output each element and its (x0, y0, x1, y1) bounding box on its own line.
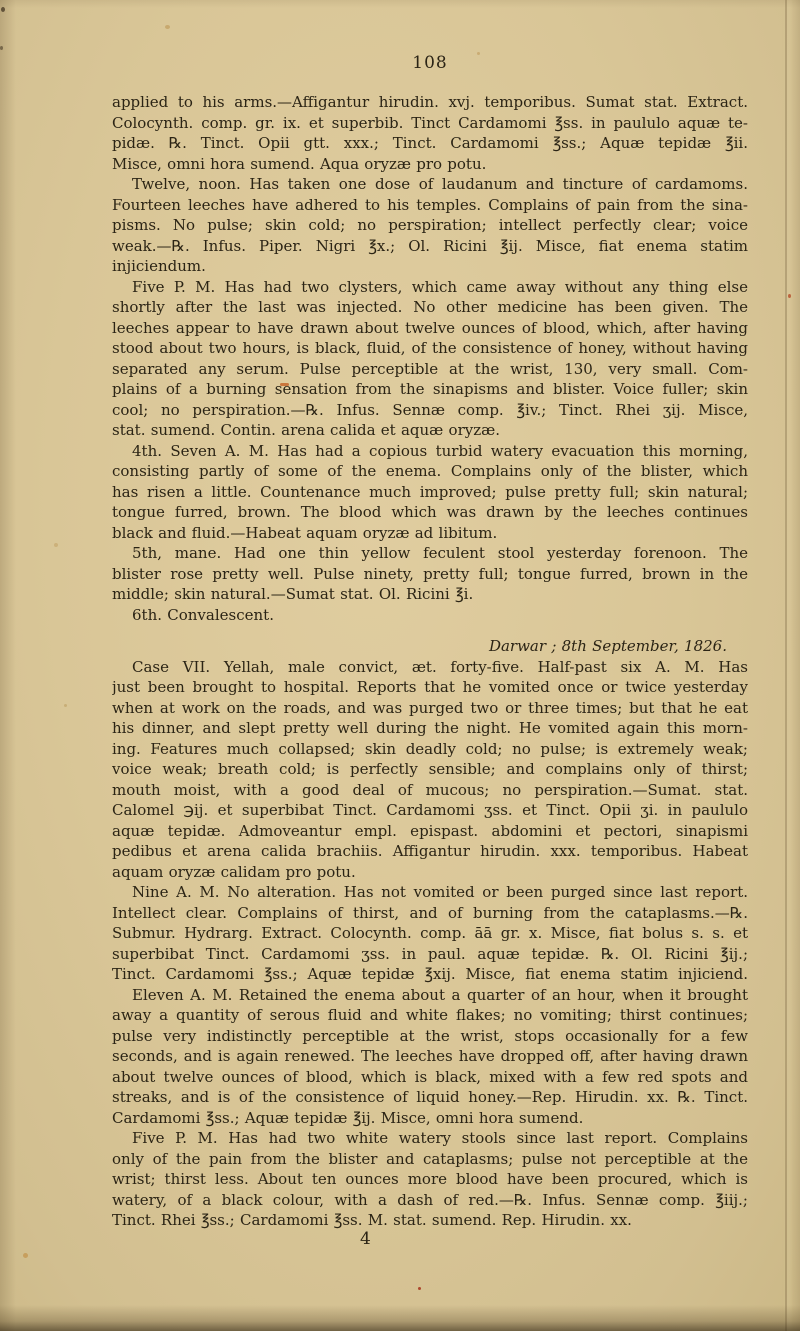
text-line: tongue furred, brown. The blood which wa… (112, 502, 748, 523)
text-line: Case VII. Yellah, male convict, æt. fort… (112, 657, 748, 678)
text-line: Tinct. Cardamomi ℥ss.; Aquæ tepidæ ℥xij.… (112, 964, 748, 985)
text-line: injiciendum. (112, 256, 748, 277)
text-line: Tinct. Rhei ℥ss.; Cardamomi ℥ss. M. stat… (112, 1210, 748, 1231)
text-line: when at work on the roads, and was purge… (112, 698, 748, 719)
text-line: his dinner, and slept pretty well during… (112, 718, 748, 739)
text-line: wrist; thirst less. About ten ounces mor… (112, 1169, 748, 1190)
text-line: streaks, and is of the consistence of li… (112, 1087, 748, 1108)
paragraph-five-pm-2: Five P. M. Has had two white watery stoo… (112, 1128, 748, 1231)
text-line: 6th. Convalescent. (112, 605, 748, 626)
text-line: pulse very indistinctly perceptible at t… (112, 1026, 748, 1047)
text-line: Cardamomi ℥ss.; Aquæ tepidæ ℥ij. Misce, … (112, 1108, 748, 1129)
text-line: aquam oryzæ calidam pro potu. (112, 862, 748, 883)
text-line: blister rose pretty well. Pulse ninety, … (112, 564, 748, 585)
edge-speck (0, 46, 3, 50)
page-number: 108 (112, 53, 748, 73)
foxing-spot (54, 543, 58, 547)
page-edge-shadow-top (0, 0, 800, 8)
text-line: Fourteen leeches have adhered to his tem… (112, 195, 748, 216)
paragraph-5th-mane: 5th, mane. Had one thin yellow feculent … (112, 543, 748, 605)
page-edge-shadow-bottom (0, 1305, 800, 1331)
text-line: 5th, mane. Had one thin yellow feculent … (112, 543, 748, 564)
foxing-spot (165, 25, 170, 29)
page-edge-shadow-right (791, 0, 800, 1331)
text-line: just been brought to hospital. Reports t… (112, 677, 748, 698)
page-edge-shadow-left (0, 0, 16, 1331)
text-line: aquæ tepidæ. Admoveantur empl. epispast.… (112, 821, 748, 842)
text-line: seconds, and is again renewed. The leech… (112, 1046, 748, 1067)
text-line: Misce, omni hora sumend. Aqua oryzæ pro … (112, 154, 748, 175)
text-line: stood about two hours, is black, fluid, … (112, 338, 748, 359)
paragraph-nine-am: Nine A. M. No alteration. Has not vomite… (112, 882, 748, 985)
paragraph-eleven-am: Eleven A. M. Retained the enema about a … (112, 985, 748, 1129)
text-line: Eleven A. M. Retained the enema about a … (112, 985, 748, 1006)
signature-mark: 4 (360, 1229, 390, 1249)
text-line: superbibat Tinct. Cardamomi ʒss. in paul… (112, 944, 748, 965)
text-line: middle; skin natural.—Sumat stat. Ol. Ri… (112, 584, 748, 605)
text-line: Intellect clear. Complains of thirst, an… (112, 903, 748, 924)
text-line: cool; no perspiration.—℞. Infus. Sennæ c… (112, 400, 748, 421)
text-line: about twelve ounces of blood, which is b… (112, 1067, 748, 1088)
text-line: ing. Features much collapsed; skin deadl… (112, 739, 748, 760)
paragraph-6th: 6th. Convalescent. (112, 605, 748, 626)
text-line: weak.—℞. Infus. Piper. Nigri ℥x.; Ol. Ri… (112, 236, 748, 257)
text-line: Darwar ; 8th September, 1826. (112, 636, 748, 657)
scanned-book-page: 108 applied to his arms.—Affigantur hiru… (0, 0, 800, 1331)
text-line: only of the pain from the blister and ca… (112, 1149, 748, 1170)
text-line: has risen a little. Countenance much imp… (112, 482, 748, 503)
text-line: pisms. No pulse; skin cold; no perspirat… (112, 215, 748, 236)
text-line: Twelve, noon. Has taken one dose of laud… (112, 174, 748, 195)
text-line: Five P. M. Has had two white watery stoo… (112, 1128, 748, 1149)
text-line: Colocynth. comp. gr. ix. et superbib. Ti… (112, 113, 748, 134)
text-line: away a quantity of serous fluid and whit… (112, 1005, 748, 1026)
text-line: leeches appear to have drawn about twelv… (112, 318, 748, 339)
paragraph-continuation: applied to his arms.—Affigantur hirudin.… (112, 92, 748, 174)
text-line: pedibus et arena calida brachiis. Affiga… (112, 841, 748, 862)
text-line: pidæ. ℞. Tinct. Opii gtt. xxx.; Tinct. C… (112, 133, 748, 154)
fold-crease (785, 0, 787, 1331)
text-line: black and fluid.—Habeat aquam oryzæ ad l… (112, 523, 748, 544)
text-line: Nine A. M. No alteration. Has not vomite… (112, 882, 748, 903)
text-line: stat. sumend. Contin. arena calida et aq… (112, 420, 748, 441)
text-line: shortly after the last was injected. No … (112, 297, 748, 318)
text-line: applied to his arms.—Affigantur hirudin.… (112, 92, 748, 113)
text-line: watery, of a black colour, with a dash o… (112, 1190, 748, 1211)
text-line: Submur. Hydrarg. Extract. Colocynth. com… (112, 923, 748, 944)
text-line: Five P. M. Has had two clysters, which c… (112, 277, 748, 298)
paragraph-five-pm: Five P. M. Has had two clysters, which c… (112, 277, 748, 441)
edge-speck (1, 7, 5, 12)
paragraph-4th-seven-am: 4th. Seven A. M. Has had a copious turbi… (112, 441, 748, 544)
ink-mark (418, 1287, 421, 1290)
page-text: applied to his arms.—Affigantur hirudin.… (112, 92, 748, 1231)
text-line: Calomel ℈ij. et superbibat Tinct. Cardam… (112, 800, 748, 821)
text-line: mouth moist, with a good deal of mucous;… (112, 780, 748, 801)
foxing-spot (64, 704, 67, 707)
foxing-spot (23, 1253, 28, 1258)
text-line: plains of a burning sensation from the s… (112, 379, 748, 400)
text-line: separated any serum. Pulse perceptible a… (112, 359, 748, 380)
date-line: Darwar ; 8th September, 1826. (112, 636, 748, 657)
text-line: 4th. Seven A. M. Has had a copious turbi… (112, 441, 748, 462)
text-line: consisting partly of some of the enema. … (112, 461, 748, 482)
paragraph-case-vii: Case VII. Yellah, male convict, æt. fort… (112, 657, 748, 883)
ink-mark (788, 294, 791, 298)
paragraph-twelve-noon: Twelve, noon. Has taken one dose of laud… (112, 174, 748, 277)
text-line: voice weak; breath cold; is perfectly se… (112, 759, 748, 780)
